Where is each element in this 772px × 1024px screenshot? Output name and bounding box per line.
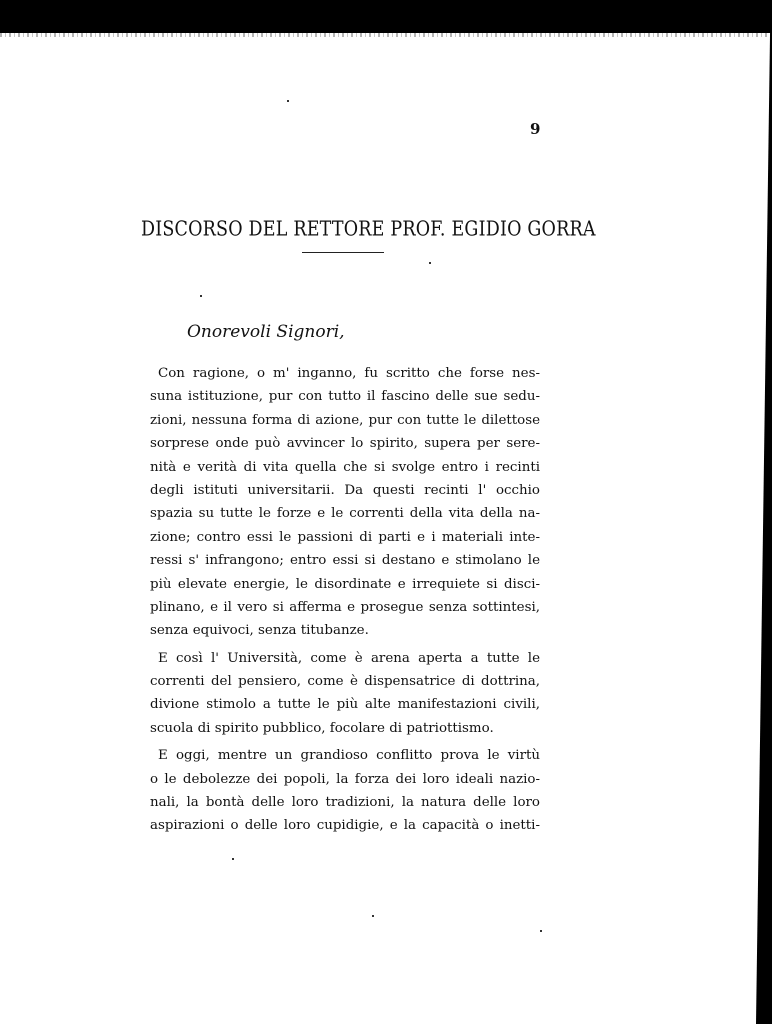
scan-speck	[540, 930, 542, 932]
text-line: spazia su tutte le forze e le correnti d…	[150, 502, 540, 525]
text-line: suna istituzione, pur con tutto il fasci…	[150, 385, 540, 408]
text-line: zione; contro essi le passioni di parti …	[150, 526, 540, 549]
text-line: sorprese onde può avvincer lo spirito, s…	[150, 432, 540, 455]
scan-speck	[200, 295, 202, 297]
text-line: scuola di spirito pubblico, focolare di …	[150, 717, 540, 740]
text-line: o le debolezze dei popoli, la forza dei …	[150, 768, 540, 791]
text-line: senza equivoci, senza titubanze.	[150, 619, 540, 642]
scan-edge-noise	[0, 33, 772, 37]
text-line: nità e verità di vita quella che si svol…	[150, 456, 540, 479]
text-line: divione stimolo a tutte le più alte mani…	[150, 693, 540, 716]
text-line: plinano, e il vero si afferma e prosegue…	[150, 596, 540, 619]
text-line: zioni, nessuna forma di azione, pur con …	[150, 409, 540, 432]
title-rule	[302, 252, 384, 253]
text-line: aspirazioni o delle loro cupidigie, e la…	[150, 814, 540, 837]
scan-speck	[372, 915, 374, 917]
page-title: DISCORSO DEL RETTORE PROF. EGIDIO GORRA	[141, 218, 545, 241]
text-line: E oggi, mentre un grandioso conflitto pr…	[150, 744, 540, 767]
text-line: Con ragione, o m' inganno, fu scritto ch…	[150, 362, 540, 385]
text-line: correnti del pensiero, come è dispensatr…	[150, 670, 540, 693]
scan-speck	[287, 100, 289, 102]
body-text: Con ragione, o m' inganno, fu scritto ch…	[150, 362, 540, 838]
text-line: E così l' Università, come è arena apert…	[150, 647, 540, 670]
text-line: più elevate energie, le disordinate e ir…	[150, 573, 540, 596]
scan-right-border	[756, 30, 772, 1024]
scan-speck	[232, 858, 234, 860]
text-line: degli istituti universitarii. Da questi …	[150, 479, 540, 502]
scan-top-border	[0, 0, 772, 33]
text-line: ressi s' infrangono; entro essi si desta…	[150, 549, 540, 572]
text-line: nali, la bontà delle loro tradizioni, la…	[150, 791, 540, 814]
salutation: Onorevoli Signori,	[187, 322, 345, 342]
scan-speck	[429, 262, 431, 264]
page-number: 9	[530, 120, 540, 138]
